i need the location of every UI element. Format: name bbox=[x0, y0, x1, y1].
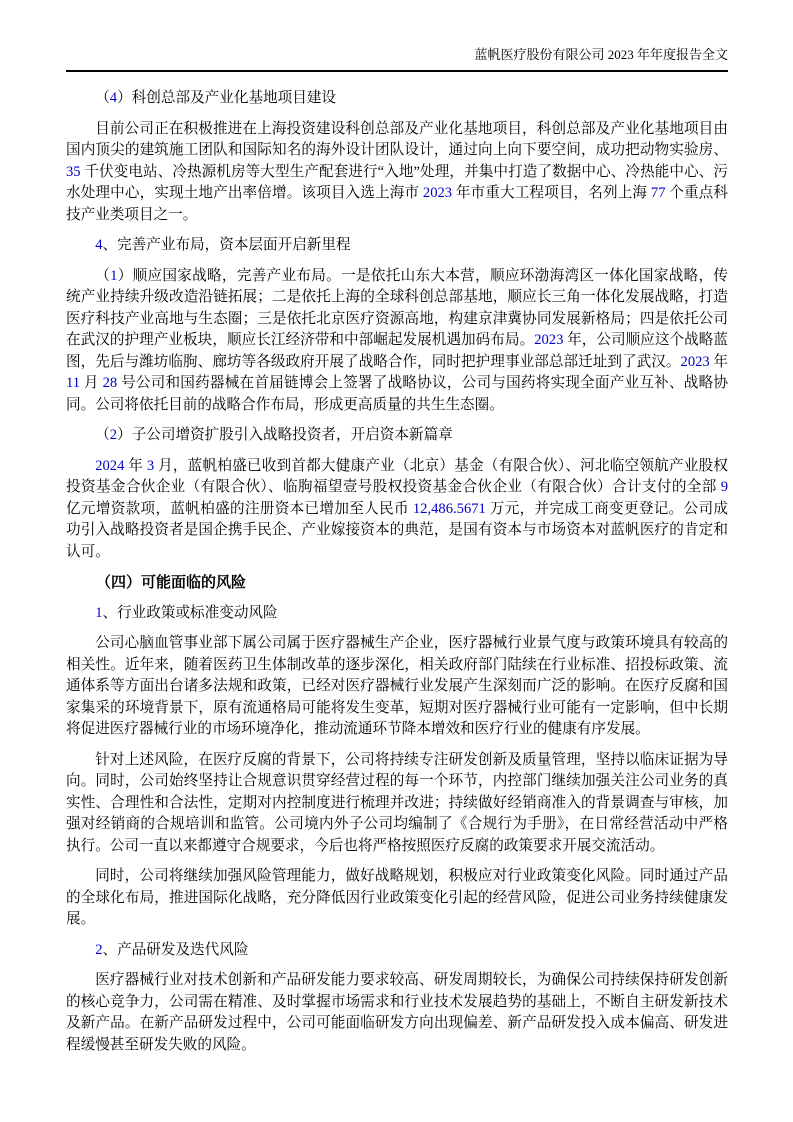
document-content: （4）科创总部及产业化基地项目建设 目前公司正在积极推进在上海投资建设科创总部及… bbox=[66, 88, 728, 1056]
heading-possible-risks: （四）可能面临的风险 bbox=[66, 572, 728, 594]
para-risk-policy-globalization: 同时，公司将继续加强风险管理能力，做好战略规划，积极应对行业政策变化风险。同时通… bbox=[66, 866, 728, 931]
report-header-title: 蓝帆医疗股份有限公司 2023 年年度报告全文 bbox=[474, 47, 728, 62]
page-header: 蓝帆医疗股份有限公司 2023 年年度报告全文 bbox=[66, 46, 728, 70]
para-capital-increase: 2024 年 3 月，蓝帆柏盛已收到首都大健康产业（北京）基金（有限合伙）、河北… bbox=[66, 456, 728, 564]
para-risk-rnd-detail: 医疗器械行业对技术创新和产品研发能力要求较高、研发周期较长，为确保公司持续保持研… bbox=[66, 970, 728, 1056]
para-risk-policy-background: 公司心脑血管事业部下属公司属于医疗器械生产企业，医疗器械行业景气度与政策环境具有… bbox=[66, 633, 728, 741]
document-page: 蓝帆医疗股份有限公司 2023 年年度报告全文 （4）科创总部及产业化基地项目建… bbox=[0, 0, 793, 1122]
para-national-strategy: （1）顺应国家战略，完善产业布局。一是依托山东大本营，顺应环渤海湾区一体化国家战… bbox=[66, 266, 728, 417]
para-risk-policy-response: 针对上述风险，在医疗反腐的背景下，公司将持续专注研发创新及质量管理，坚持以临床证… bbox=[66, 750, 728, 858]
para-shanghai-base-project: 目前公司正在积极推进在上海投资建设科创总部及产业化基地项目，科创总部及产业化基地… bbox=[66, 119, 728, 227]
heading-sci-tech-hq-project: （4）科创总部及产业化基地项目建设 bbox=[66, 88, 728, 110]
heading-risk-policy-change: 1、行业政策或标准变动风险 bbox=[66, 603, 728, 625]
header-divider bbox=[66, 70, 728, 72]
heading-risk-rnd-iteration: 2、产品研发及迭代风险 bbox=[66, 940, 728, 962]
heading-industry-layout: 4、完善产业布局，资本层面开启新里程 bbox=[66, 235, 728, 257]
heading-subsidiary-capital: （2）子公司增资扩股引入战略投资者，开启资本新篇章 bbox=[66, 425, 728, 447]
